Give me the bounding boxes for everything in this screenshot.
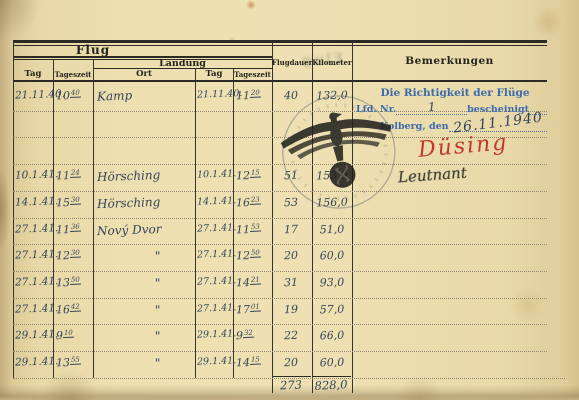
col-rule-left	[13, 42, 14, 378]
kilometers: 66,0	[312, 329, 352, 343]
header-landung: Landung	[93, 58, 272, 69]
landing-time: 1701	[236, 302, 261, 316]
total-kilometer: 828,0	[310, 377, 353, 393]
header-flug: Flug	[13, 43, 173, 57]
row-dotted-rule	[13, 351, 547, 352]
flight-duration: 31	[272, 275, 310, 289]
landing-place: Hörsching	[97, 195, 161, 211]
start-time: 1642	[56, 302, 81, 316]
start-time: 910	[56, 329, 74, 343]
start-date: 27.1.41.	[15, 275, 53, 288]
kilometers: 51,0	[312, 222, 352, 236]
certification-date-blank: 26.11.1940	[449, 115, 547, 132]
certification-number-blank: 1	[396, 100, 467, 115]
header-tag-start: Tag	[13, 69, 53, 79]
landing-date: 27.1.41.	[197, 222, 233, 234]
row-dotted-rule	[13, 244, 547, 245]
start-time: 1124	[56, 169, 81, 183]
flight-duration: 20	[272, 249, 310, 263]
landing-time: 1120	[236, 89, 261, 103]
header-tageszeit-start: Tageszeit	[53, 70, 93, 79]
landing-date: 10.1.41.	[197, 168, 233, 180]
start-date: 27.1.41.	[15, 302, 53, 315]
header-tag-landung: Tag	[195, 69, 233, 79]
start-date: 14.1.41.	[15, 195, 53, 208]
landing-place: Nový Dvor	[97, 221, 162, 237]
landing-date: 27.1.41.	[197, 249, 233, 261]
landing-time: 932	[236, 329, 254, 343]
certification-number-value: 1	[427, 100, 436, 114]
landing-date: 21.11.40.	[197, 88, 233, 100]
row-dotted-rule	[13, 298, 547, 299]
start-time: 1040	[56, 89, 81, 103]
eagle-ink-stamp	[267, 83, 411, 223]
row-dotted-rule	[13, 324, 547, 325]
landing-date: 27.1.41.	[197, 302, 233, 314]
landing-place: "	[155, 303, 161, 317]
signature-rank: Leutnant	[397, 164, 467, 187]
landing-place: Hörsching	[97, 168, 161, 184]
landing-place: "	[155, 249, 161, 263]
landing-time: 1153	[236, 222, 261, 236]
landing-date: 29.1.41.	[197, 329, 233, 341]
landing-time: 1421	[236, 275, 261, 289]
flight-duration: 20	[272, 355, 310, 369]
header-ort: Ort	[93, 69, 195, 79]
start-time: 1230	[56, 249, 81, 263]
start-date: 21.11.40.	[15, 88, 53, 101]
landing-time: 1623	[236, 195, 261, 209]
landing-time: 1215	[236, 169, 261, 183]
row-dotted-rule	[13, 271, 547, 272]
start-date: 27.1.41.	[15, 249, 53, 262]
landing-place: "	[155, 276, 161, 290]
start-date: 27.1.41.	[15, 222, 53, 235]
kilometers: 60,0	[312, 248, 352, 262]
kilometers: 60,0	[312, 355, 352, 369]
header-tageszeit-landung: Tageszeit	[233, 70, 272, 79]
row-dotted-rule	[13, 218, 547, 219]
landing-date: 29.1.41.	[197, 355, 233, 367]
row-dotted-rule	[13, 191, 547, 192]
flight-duration: 22	[272, 329, 310, 343]
landing-time: 1415	[236, 356, 261, 370]
start-date: 29.1.41.	[15, 355, 53, 368]
landing-time: 1250	[236, 249, 261, 263]
signature-name: Düsing	[417, 130, 509, 163]
col-rule-tageszeit-ort	[93, 60, 94, 378]
header-bemerkungen: Bemerkungen	[352, 55, 547, 67]
start-date: 29.1.41.	[15, 329, 53, 342]
kilometers: 57,0	[312, 302, 352, 316]
start-time: 1530	[56, 195, 81, 209]
header-flugdauer: Flugdauer	[272, 58, 312, 67]
total-flugdauer: 273	[272, 377, 310, 392]
landing-place: "	[155, 329, 161, 343]
flight-duration: 19	[272, 302, 310, 316]
header-kilometer: Kilometer	[312, 58, 352, 67]
kilometers: 93,0	[312, 275, 352, 289]
start-time: 1355	[56, 356, 81, 370]
logbook-page: Flug Flug Landung Tag Tageszeit Ort Tag …	[0, 0, 579, 400]
landing-place: "	[155, 356, 161, 370]
start-date: 10.1.41.	[15, 168, 53, 181]
landing-place: Kamp	[97, 88, 133, 103]
start-time: 1350	[56, 275, 81, 289]
flight-duration: 17	[272, 222, 310, 236]
landing-date: 14.1.41.	[197, 195, 233, 207]
landing-date: 27.1.41.	[197, 275, 233, 287]
start-time: 1136	[56, 222, 81, 236]
